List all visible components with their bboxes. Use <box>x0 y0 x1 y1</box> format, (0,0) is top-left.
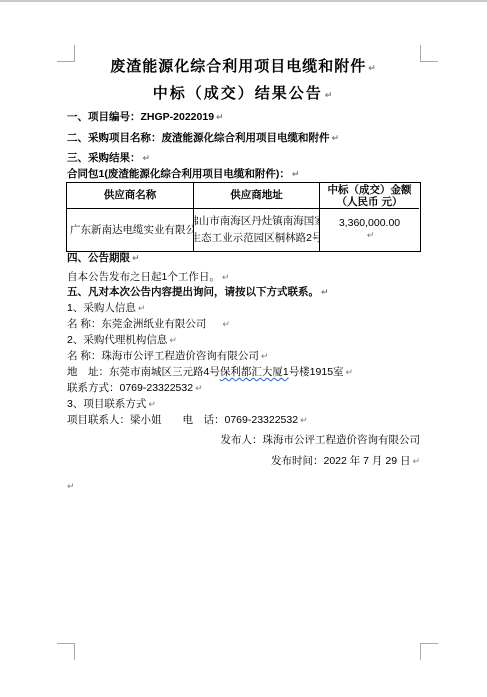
paragraph-mark: ↵ <box>222 320 230 330</box>
buyer-name-line: 名 称：东莞金洲纸业有限公司↵ <box>67 318 230 332</box>
publish-date-text: 发布时间：2022 年 7 月 29 日 <box>271 455 410 467</box>
page-top-edge <box>0 0 487 2</box>
paragraph-mark: ↵ <box>325 91 335 101</box>
table-header-supplier-name: 供应商名称 <box>67 183 194 209</box>
section-result-heading: 三、采购结果：↵ <box>67 152 150 166</box>
section-project-number: 一、项目编号：ZHGP-2022019↵ <box>67 111 224 125</box>
paragraph-mark: ↵ <box>67 482 75 492</box>
amount-text: 3,360,000.00 <box>339 217 400 230</box>
paragraph-mark: ↵ <box>412 457 420 467</box>
paragraph-mark: ↵ <box>138 304 146 314</box>
package-heading-text: 合同包1(废渣能源化综合利用项目电缆和附件)： <box>67 168 290 180</box>
paragraph-mark: ↵ <box>332 134 340 144</box>
contact-heading-text: 五、凡对本次公告内容提出询问，请按以下方式联系。 <box>67 286 319 298</box>
agency-heading-text: 2、采购代理机构信息 <box>67 334 167 346</box>
paragraph-mark: ↵ <box>367 230 375 243</box>
paragraph-mark: ↵ <box>222 273 230 283</box>
trailing-paragraph-mark: ↵ <box>67 480 75 494</box>
buyer-info-heading: 1、采购人信息↵ <box>67 302 145 316</box>
document-page: 废渣能源化综合利用项目电缆和附件↵ 中标（成交）结果公告↵ 一、项目编号：ZHG… <box>0 0 487 697</box>
table-header-amount: 中标（成交）金额 （人民币 元） <box>320 183 419 209</box>
paragraph-mark: ↵ <box>143 154 151 164</box>
paragraph-mark: ↵ <box>169 336 177 346</box>
section-contact-heading: 五、凡对本次公告内容提出询问，请按以下方式联系。↵ <box>67 286 329 300</box>
header-text: 供应商地址 <box>230 189 283 202</box>
project-name-text: 二、采购项目名称：废渣能源化综合利用项目电缆和附件 <box>67 132 330 144</box>
paragraph-mark: ↵ <box>321 288 329 298</box>
document-title-line2: 中标（成交）结果公告↵ <box>0 87 487 103</box>
contract-package-heading: 合同包1(废渣能源化综合利用项目电缆和附件)：↵ <box>67 168 299 182</box>
paragraph-mark: ↵ <box>261 352 269 362</box>
result-table: 供应商名称 供应商地址 中标（成交）金额 （人民币 元） 广东新南达电缆实业有限… <box>66 182 421 252</box>
agency-phone-text: 联系方式：0769-23322532 <box>67 382 193 394</box>
publisher-text: 发布人：珠海市公评工程造价咨询有限公司 <box>221 434 421 446</box>
table-header-supplier-address: 供应商地址 <box>194 183 320 209</box>
supplier-name-text: 广东新南达电缆实业有限公司 <box>70 222 194 239</box>
table-cell-amount: 3,360,000.00↵ <box>320 209 419 251</box>
supplier-address-line1: 佛山市南海区丹灶镇南海国家 <box>194 213 320 230</box>
publisher-line: 发布人：珠海市公评工程造价咨询有限公司 <box>221 434 421 447</box>
header-text: 供应商名称 <box>104 189 157 202</box>
agency-address-suffix: 号楼1915室 <box>289 366 344 378</box>
header-text: （人民币 元） <box>337 196 403 208</box>
document-title-line1: 废渣能源化综合利用项目电缆和附件↵ <box>0 60 487 76</box>
paragraph-mark: ↵ <box>300 416 308 426</box>
agency-info-heading: 2、采购代理机构信息↵ <box>67 334 177 348</box>
period-heading-text: 四、公告期限 <box>67 252 130 264</box>
paragraph-mark: ↵ <box>195 384 203 394</box>
buyer-name-text: 名 称：东莞金洲纸业有限公司 <box>67 318 206 330</box>
project-number-text: 一、项目编号：ZHGP-2022019 <box>67 111 214 123</box>
title-text: 废渣能源化综合利用项目电缆和附件 <box>110 58 366 75</box>
project-contact-text: 项目联系人：梁小姐 电 话：0769-23322532 <box>67 414 298 426</box>
agency-address-spellchecked: 保利都汇大厦1 <box>220 366 289 378</box>
text-boundary-mark-bottom-left <box>57 643 75 660</box>
table-cell-supplier-address: 佛山市南海区丹灶镇南海国家 生态工业示范园区桐林路2号 <box>194 209 320 251</box>
text-boundary-mark-bottom-right <box>420 643 438 660</box>
paragraph-mark: ↵ <box>368 64 377 74</box>
project-contact-heading-text: 3、项目联系方式 <box>67 398 146 410</box>
publish-date-line: 发布时间：2022 年 7 月 29 日↵ <box>271 455 420 469</box>
result-heading-text: 三、采购结果： <box>67 152 141 164</box>
project-contact-line: 项目联系人：梁小姐 电 话：0769-23322532↵ <box>67 414 308 428</box>
agency-address-line: 地 址：东莞市南城区三元路4号保利都汇大厦1号楼1915室↵ <box>67 366 353 380</box>
agency-name-line: 名 称：珠海市公评工程造价咨询有限公司↵ <box>67 350 268 364</box>
paragraph-mark: ↵ <box>216 113 224 123</box>
paragraph-mark: ↵ <box>346 368 354 378</box>
project-contact-heading: 3、项目联系方式↵ <box>67 398 156 412</box>
subtitle-text: 中标（成交）结果公告 <box>153 85 323 102</box>
buyer-heading-text: 1、采购人信息 <box>67 302 136 314</box>
agency-name-text: 名 称：珠海市公评工程造价咨询有限公司 <box>67 350 259 362</box>
agency-address-prefix: 地 址：东莞市南城区三元路4号 <box>67 366 220 378</box>
period-text: 自本公告发布之日起1个工作日。↵ <box>67 271 229 285</box>
section-project-name: 二、采购项目名称：废渣能源化综合利用项目电缆和附件↵ <box>67 132 339 146</box>
paragraph-mark: ↵ <box>148 400 156 410</box>
header-text: 中标（成交）金额 <box>328 184 412 196</box>
paragraph-mark: ↵ <box>292 170 300 180</box>
supplier-address-line2: 生态工业示范园区桐林路2号 <box>194 230 320 247</box>
agency-phone-line: 联系方式：0769-23322532↵ <box>67 382 203 396</box>
table-cell-supplier-name: 广东新南达电缆实业有限公司 <box>67 209 194 251</box>
paragraph-mark: ↵ <box>132 254 140 264</box>
section-period-heading: 四、公告期限↵ <box>67 252 140 266</box>
period-text-value: 自本公告发布之日起1个工作日。 <box>67 271 220 283</box>
